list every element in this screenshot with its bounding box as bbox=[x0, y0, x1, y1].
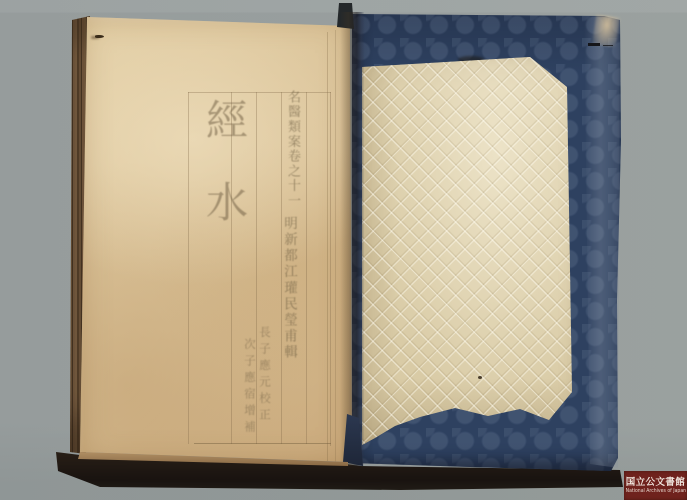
left-page: 經水 名醫類案卷之十一 明新都江瓘民瑩甫輯 長子應元校正 次子應宿增補 bbox=[76, 12, 356, 468]
stitch-hole bbox=[95, 35, 104, 38]
gutter-crease-shadow bbox=[340, 12, 364, 466]
archive-watermark-stamp: 国立公文書館 National Archives of Japan bbox=[624, 471, 687, 500]
binding-stitch bbox=[588, 43, 600, 46]
paper-speck bbox=[478, 376, 482, 379]
stamp-title-en: National Archives of Japan bbox=[625, 488, 685, 494]
cover-wear bbox=[584, 16, 620, 468]
section-label-text: 經水 bbox=[194, 98, 254, 262]
editor-credit-text: 次子應宿增補 bbox=[242, 338, 258, 437]
embossed-endpaper-panel bbox=[352, 50, 578, 450]
volume-title-text: 名醫類案卷之十一 bbox=[283, 90, 302, 208]
ruled-frame-top bbox=[188, 92, 331, 93]
stamp-title-jp: 国立公文書館 bbox=[626, 478, 685, 488]
page-fold-line bbox=[327, 32, 328, 462]
editor-credit-text: 長子應元校正 bbox=[257, 326, 273, 425]
ruled-column-line bbox=[188, 92, 189, 444]
archival-photo: 經水 名醫類案卷之十一 明新都江瓘民瑩甫輯 長子應元校正 次子應宿增補 国立公文… bbox=[0, 0, 687, 500]
ruled-column-line bbox=[306, 92, 307, 444]
ruled-column-line bbox=[330, 92, 331, 446]
ruled-frame-bottom bbox=[194, 443, 331, 444]
page-fold-line bbox=[335, 30, 336, 464]
compiler-credit-text: 明新都江瓘民瑩甫輯 bbox=[279, 216, 299, 361]
